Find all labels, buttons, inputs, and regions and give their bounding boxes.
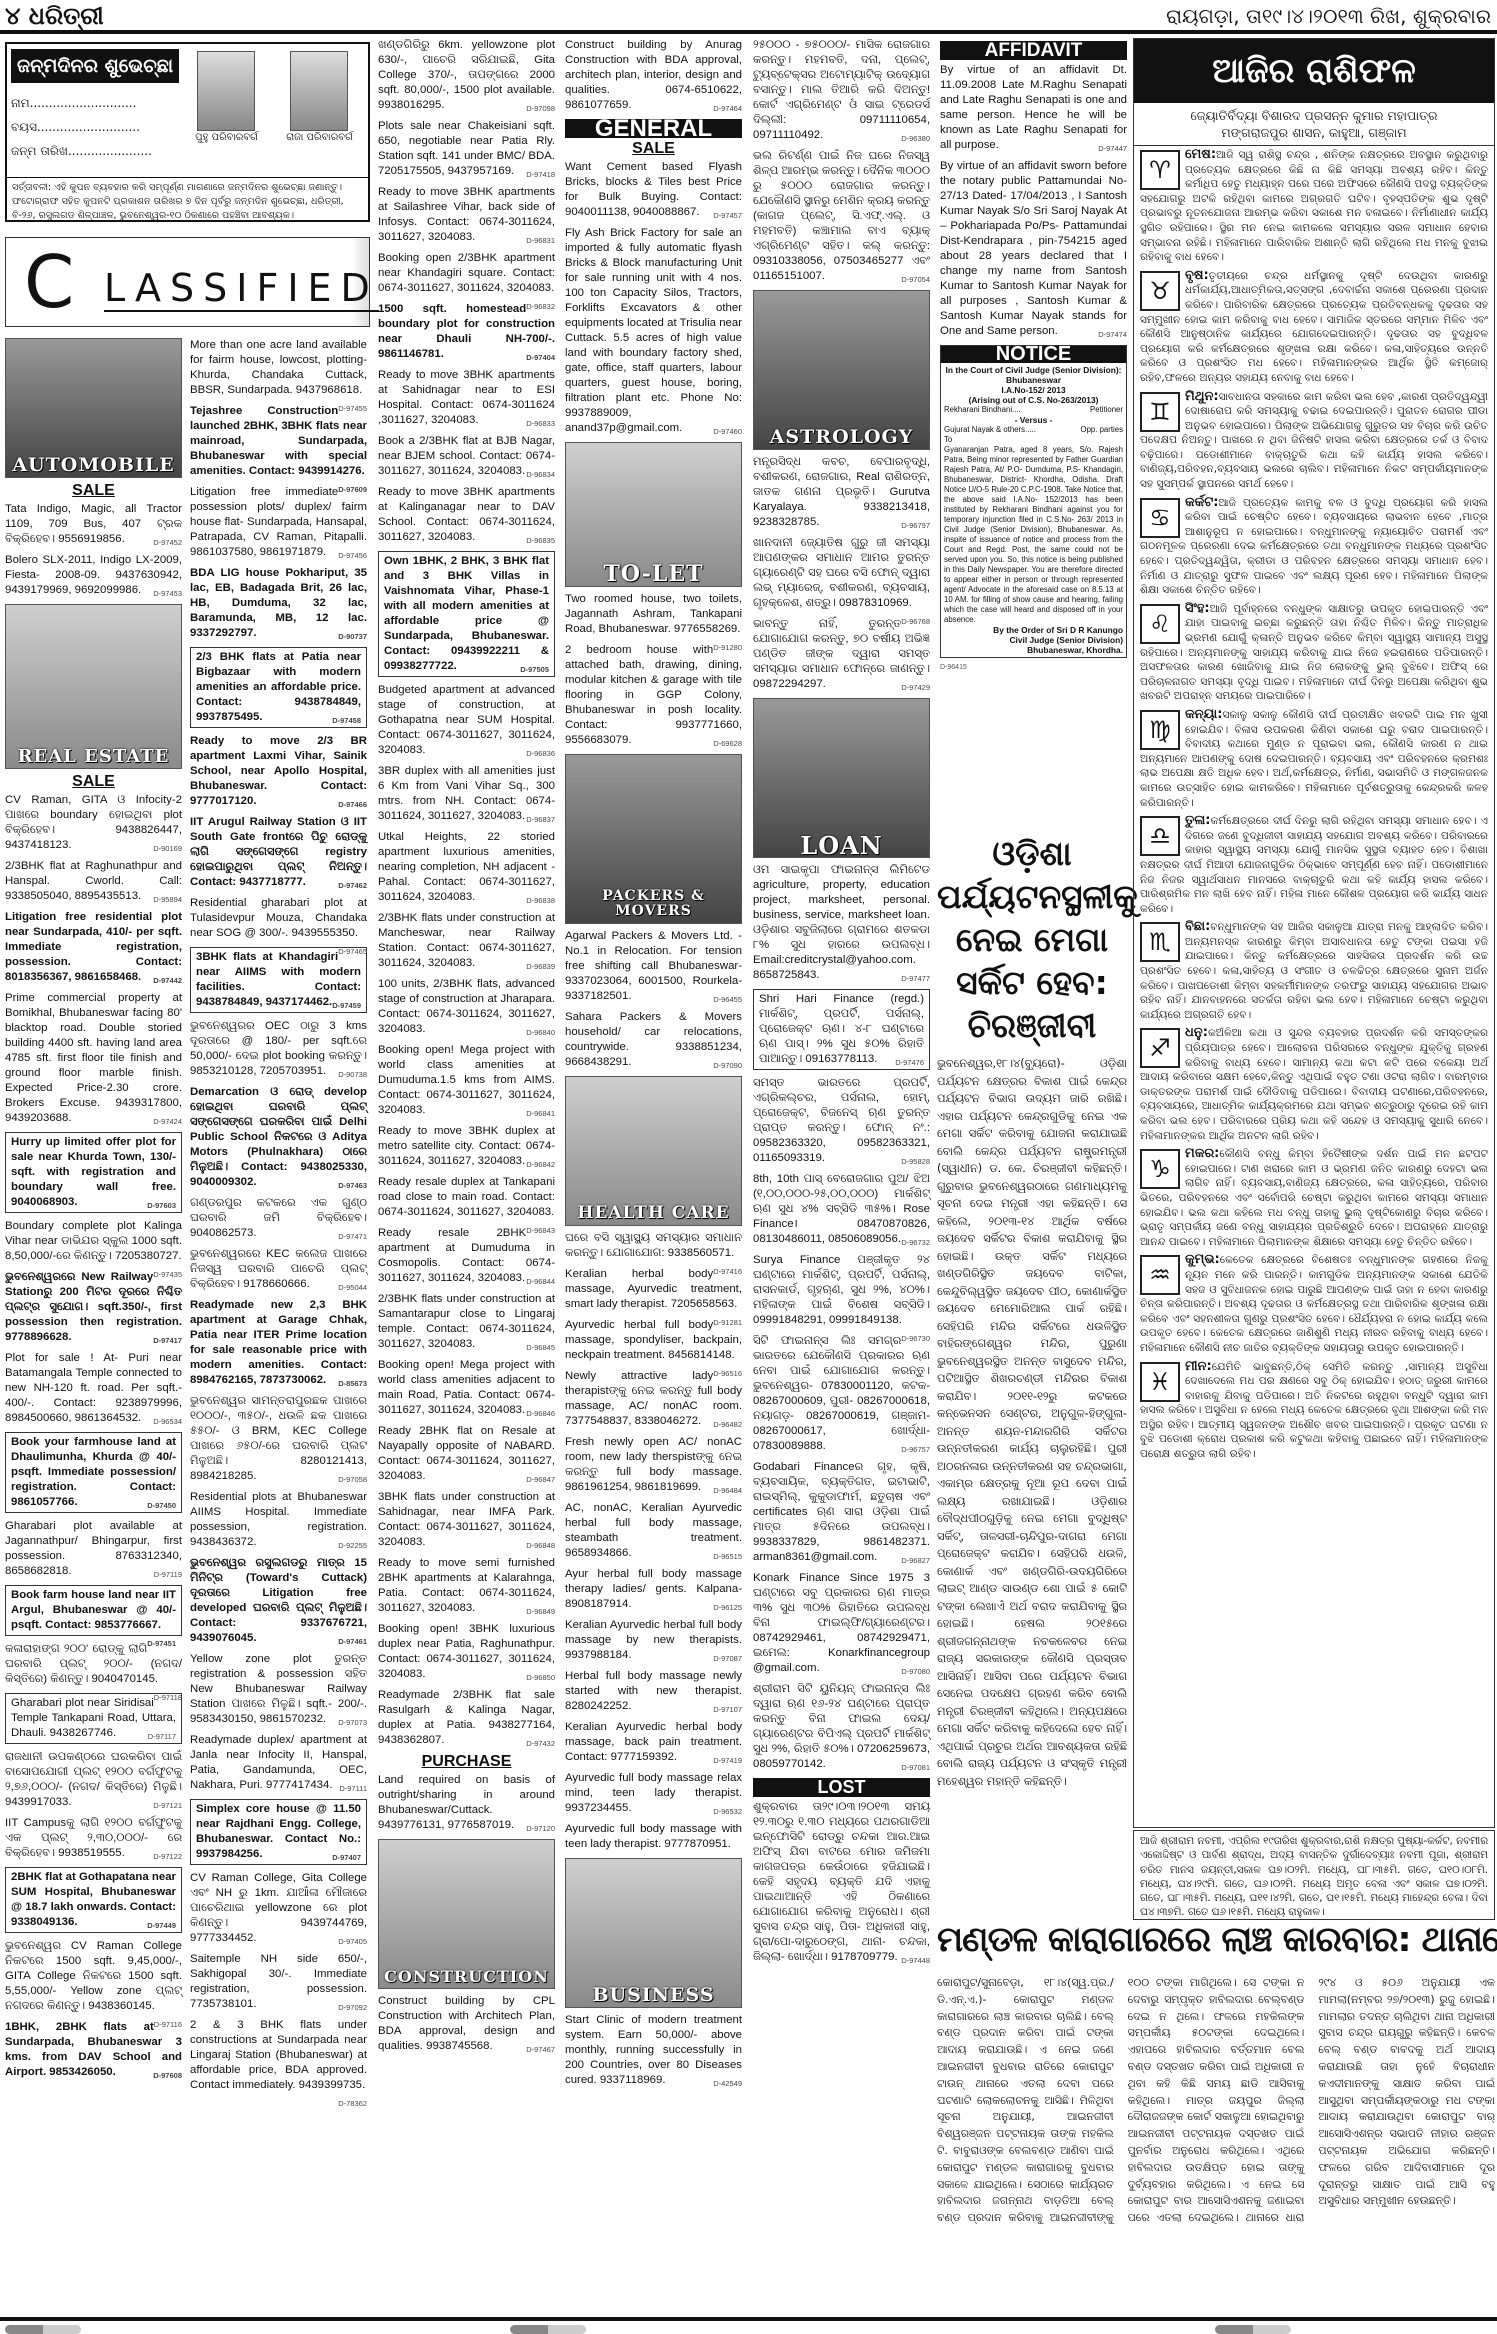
ad-text: Boundary complete plot Kalinga Vihar nea…: [5, 1220, 182, 1262]
classified-ad: IIT Arugul Railway Station ଓ IIT South G…: [190, 815, 367, 890]
classified-ad: Two roomed house, two toilets, Jagannath…: [565, 592, 742, 637]
classified-ad: More than one acre land available for fa…: [190, 338, 367, 398]
ad-code: D-97432: [526, 1736, 555, 1751]
ad-code: D-42549: [713, 2076, 742, 2091]
classified-ad: ଖାନଦାନୀ ଜ୍ୟୋତିଷ ଗୁରୁ ଜୀ ସମସ୍ୟା ଆପଣଙ୍କର ସ…: [753, 536, 930, 611]
classified-ad: 2/3BHK flat at Raghunathpur and Hanspal.…: [5, 859, 182, 904]
classified-ad: Utkal Heights, 22 storied apartment luxu…: [378, 830, 555, 905]
classified-ad: Readymade 2/3BHK flat sale Rasulgarh & K…: [378, 1688, 555, 1748]
zodiac-name: କର୍କଟ:: [1185, 495, 1218, 510]
classified-ad: Booking open! Mega project with world cl…: [378, 1043, 555, 1118]
classified-ad: 2 & 3 BHK flats under constructions at S…: [190, 2018, 367, 2093]
zodiac-sign-entry: ♏ବିଛା:ବନ୍ଧୁମାନଙ୍କ ସହ ଆଜିର ସକାଳୁଆ ଯାତ୍ରା …: [1134, 918, 1494, 1024]
ad-text: ଭଲ ରିଟର୍ଣ୍ଣ ପାଇଁ ନିଜ ଘରେ ନିଜସ୍ୱ ଶିଳ୍ପ ଆର…: [753, 150, 930, 282]
ad-code: D-95828: [901, 1154, 930, 1169]
child-photo-1: [197, 51, 255, 131]
classified-ad: Booking open! Mega project with world cl…: [378, 1358, 555, 1418]
ad-text: Readymade new 2,3 BHK apartment at Garag…: [190, 1299, 367, 1386]
ad-code: D-96840: [526, 1025, 555, 1040]
classified-ad: Surya Finance ପଞ୍ଜୀକୃତ ୨୪ ଘଣ୍ଟାରେ ମାର୍କଶ…: [753, 1253, 930, 1328]
ad-code: D-96534: [153, 1414, 182, 1429]
zodiac-name: ମୀନ:: [1185, 1359, 1212, 1374]
ad-code: D-97449: [147, 1918, 176, 1933]
zodiac-text: କେତେକ କ୍ଷେତ୍ରରେ ବିଶେଷତଃ ବନ୍ଧୁମାନଙ୍କ ଗହଣର…: [1140, 1254, 1488, 1354]
ad-code: D-96841: [526, 1106, 555, 1121]
ad-code: D-97455: [338, 401, 367, 416]
notice-ia: I.A.No-152/ 2013: [944, 385, 1123, 395]
section-sale: SALE: [565, 141, 742, 156]
ad-code: D-90169: [153, 841, 182, 856]
child-photo-2: [290, 51, 348, 131]
ad-code: D-91280: [713, 640, 742, 655]
ad-code: D-97442: [153, 973, 182, 988]
zodiac-icon: ♋: [1140, 498, 1180, 538]
ad-code: D-96839: [526, 959, 555, 974]
classified-ad: IIT Campusକୁ ଲାଗି ୧୨୦୦ ବର୍ଗଫୁଟକୁ ଏକ ପ୍ଲଟ…: [5, 1816, 182, 1861]
classified-ad: Gharabari plot available at Jagannathpur…: [5, 1519, 182, 1579]
zodiac-name: ମକର:: [1185, 1146, 1219, 1161]
classified-ad: Land required on basis of outright/shari…: [378, 1773, 555, 1833]
ad-code: D-97603: [147, 1198, 176, 1213]
ad-code: D-96515: [713, 1549, 742, 1564]
ad-code: D-97122: [153, 1849, 182, 1864]
ad-code: D-97447: [1098, 141, 1127, 156]
ad-code: D-96757: [901, 1442, 930, 1457]
panjika-box: ଆଜି ଶ୍ରୀରାମ ନବମୀ, ଏପ୍ରିଲ ୧୯ତାରିଖ ଶୁକ୍ରବା…: [1133, 1830, 1495, 1920]
classified-ad: Ayurvedic full body massage with teen la…: [565, 1822, 742, 1852]
zodiac-text: କୌଣସି ବନ୍ଧୁ କିମ୍ବା ହିତୈଷୀଙ୍କ ଦର୍ଶନ ପାଇଁ …: [1140, 1148, 1488, 1248]
ad-code: D-96837: [526, 812, 555, 827]
ad-code: D-96843: [526, 1223, 555, 1238]
page-marker-left: [5, 2325, 81, 2334]
ad-code: D-96836: [526, 746, 555, 761]
zodiac-name: ତୁଳା:: [1185, 813, 1211, 828]
zodiac-sign-entry: ♊ମିଥୁନ:ସାବଧାନତା ସହକାରେ କାମ କରିବା ଭଲ ହେବ …: [1134, 388, 1494, 494]
classified-ad: 8th, 10th ପାସ୍ ବେରୋଜଗାର ପୁଅ/ ଝିଅ (୧,୦୦,୦…: [753, 1172, 930, 1247]
classified-ad: Ready to move semi furnished 2BHK apartm…: [378, 1556, 555, 1616]
classified-ad: Residential plots at Bhubaneswar AIIMS H…: [190, 1490, 367, 1550]
classified-ad: Konark Finance Since 1975 3 ଘଣ୍ଟାରେ ସବୁ …: [753, 1571, 930, 1676]
notice-order-3: Bhubaneswar, Khordha.: [944, 645, 1123, 655]
classified-ad: Booking open 2/3BHK apartment near Khand…: [378, 251, 555, 296]
ad-code: D-69628: [713, 736, 742, 751]
zodiac-name: ବୃଷ:: [1185, 268, 1209, 283]
birthday-coupon: ଜନ୍ମଦିନର ଶୁଭେଚ୍ଛା ନାମ...................…: [5, 42, 370, 222]
zodiac-text: ଆଜି ପୂର୍ବାହ୍ନରେ ବନ୍ଧୁଙ୍କ ସାକ୍ଷାତରୁ ଉପକୃତ…: [1140, 603, 1488, 703]
zodiac-text: ବନ୍ଧୁମାନଙ୍କ ସହ ଆଜିର ସକାଳୁଆ ଯାତ୍ରା ମନକୁ ଆ…: [1140, 921, 1488, 1021]
notice-arising: (Arising out of C.S. No-263/2013): [944, 395, 1123, 405]
coupon-terms: ସର୍ତ୍ତାବଳୀ: ଏହି କୁପନ ବ୍ୟବହାର କରି ସମ୍ପୂର୍…: [7, 177, 368, 226]
ad-code: D-96849: [526, 1604, 555, 1619]
ad-code: D-97505: [520, 662, 549, 677]
ad-code: D-97416: [713, 1264, 742, 1279]
ad-code: D-97092: [338, 2000, 367, 2015]
column-1: AUTOMOBILE SALE Tata Indigo, Magic, all …: [5, 338, 182, 2086]
zodiac-sign-entry: ♎ତୁଳା:କର୍ମକ୍ଷେତ୍ରରେ ଦୀର୍ଘ ଦିନରୁ ଲାଗି ରହି…: [1134, 812, 1494, 918]
ad-code: D-97087: [713, 1651, 742, 1666]
ad-code: D-96831: [526, 233, 555, 248]
ad-code: D-97448: [901, 1953, 930, 1968]
classified-ad: ଶ୍ରୀରାମ ସିଟି ୟୁନିୟନ୍ ଫାଇନାନ୍ସ ଲିଃ ଦ୍ୱାରା…: [753, 1682, 930, 1772]
ad-code: D-97073: [338, 1715, 367, 1730]
ad-code: D-97465: [338, 944, 367, 959]
automobile-image: AUTOMOBILE: [5, 338, 182, 478]
zodiac-text: କର୍ମକ୍ଷେତ୍ରରେ ଦୀର୍ଘ ଦିନରୁ ଲାଗି ରହିଥିବା ସ…: [1140, 815, 1488, 915]
ad-code: D-96832: [526, 299, 555, 314]
ad-code: D-97080: [901, 1664, 930, 1679]
classified-ad: ଶୁକ୍ରବାର ତା୨୯।୦୩।୨୦୧୩ ସମୟ ୧୨.୩୦ରୁ ୧.୩୦ ମ…: [753, 1800, 930, 1965]
ad-text: Fly Ash Brick Factory for sale an import…: [565, 227, 742, 434]
zodiac-name: ମିଥୁନ:: [1185, 389, 1219, 404]
ad-code: D-96847: [526, 1472, 555, 1487]
photo-caption-2: ରାଜା ପରିବାରବର୍ଗ: [282, 132, 357, 144]
classified-ad: Construct building by CPL Construction w…: [378, 1994, 555, 2054]
ad-code: D-97466: [338, 797, 367, 812]
photo-caption-1: ପୁହୁ ପରିବାରବର୍ଗ: [189, 132, 264, 144]
ad-code: D-96732: [901, 1235, 930, 1250]
ad-text: Prime commercial property at Bomikhal, B…: [5, 992, 182, 1124]
ad-code: D-92255: [338, 1538, 367, 1553]
column-4: Construct building by Anurag Constructio…: [565, 38, 742, 2094]
ad-code: D-96834: [526, 467, 555, 482]
ad-code: D-97098: [526, 101, 555, 116]
section-sale: SALE: [5, 483, 182, 498]
classified-ad: ଭୁବନେଶ୍ୱର ସାମନ୍ତରାପୁରଛକ ପାଖରେ ୧୦୦୦/-, ୩୫…: [190, 1394, 367, 1484]
classified-ad: ସମସ୍ତ ଭାରତରେ ପ୍ରପର୍ଟି, ଏଗ୍ରିକଲ୍ଚର, ପର୍ସନ…: [753, 1076, 930, 1166]
news-tourism: ଓଡ଼ିଶା ପର୍ଯ୍ୟଟନସ୍ଥଳୀକୁ ନେଇ ମେଗା ସର୍କିଟ ହ…: [937, 832, 1127, 1790]
classified-ad: ରାଜଧାନୀ ଉପକଣ୍ଠରେ ଘରକରିବା ପାଇଁ ବାସୋପଯୋଗୀ …: [5, 1750, 182, 1810]
ad-code: D-96835: [526, 533, 555, 548]
ad-code: D-96797: [901, 518, 930, 533]
notice-to: To: [944, 435, 1123, 445]
classified-ad: Readymade new 2,3 BHK apartment at Garag…: [190, 1298, 367, 1388]
classified-ad: ମନ୍ତ୍ରସିଦ୍ଧ କବଚ, ବେପାରବୃଦ୍ଧି, ବଶୀକରଣ, ରୋ…: [753, 455, 930, 530]
classified-ad: Ready to move 3BHK apartments at Sailash…: [378, 185, 555, 245]
ad-code: D-97457: [713, 208, 742, 223]
ad-code: D-96850: [526, 1670, 555, 1685]
classified-ad: Book farm house land near IIT Argul, Bhu…: [5, 1585, 182, 1636]
ad-code: D-97477: [901, 971, 930, 986]
ad-code: D-97467: [526, 2042, 555, 2057]
ad-code: D-97450: [147, 1498, 176, 1513]
classified-ad: ଖଣ୍ଡଗିରିରୁ 6km. yellowzone plot 630/-, ପ…: [378, 38, 555, 113]
zodiac-sign-entry: ♓ମୀନ:ଯେମିତି ଭାବୁଛନ୍ତି,ଠିକ୍ ସେମିତି କରନ୍ତୁ…: [1134, 1358, 1494, 1464]
packers-movers-image: PACKERS & MOVERS: [565, 754, 742, 924]
ad-code: D-96844: [526, 1274, 555, 1289]
ad-code: D-97453: [153, 586, 182, 601]
ad-code: D-96455: [713, 992, 742, 1007]
zodiac-icon: ♍: [1140, 710, 1180, 750]
ad-code: D-97417: [153, 1333, 182, 1348]
ad-code: D-96848: [526, 1538, 555, 1553]
ad-code: D-97456: [338, 548, 367, 563]
classified-ad: By virtue of an affidavit sworn before t…: [940, 159, 1127, 339]
ad-text: 2 & 3 BHK flats under constructions at S…: [190, 2019, 367, 2091]
zodiac-sign-entry: ♋କର୍କଟ:ଆଜି ପ୍ରତ୍ୟେକ କାମକୁ ବଳ ଓ ବୁଦ୍ଧି ପ୍…: [1134, 494, 1494, 600]
notice-order-2: Civil Judge (Senior Division): [944, 635, 1123, 645]
tourism-headline: ଓଡ଼ିଶା ପର୍ଯ୍ୟଟନସ୍ଥଳୀକୁ ନେଇ ମେଗା ସର୍କିଟ ହ…: [937, 832, 1127, 1047]
classified-ad: Ready to move 3BHK apartments at Sahidna…: [378, 368, 555, 428]
name-field[interactable]: ନାମ............................: [11, 96, 136, 111]
health-care-image: HEALTH CARE: [565, 1076, 742, 1226]
zodiac-icon: ♒: [1140, 1255, 1180, 1295]
petitioner-name: Rekharani Bindhani....: [944, 405, 1021, 415]
ad-text: By virtue of an affidavit Dt. 11.09.2008…: [940, 64, 1127, 151]
classified-ad: Keralian Ayurvedic herbal full body mass…: [565, 1618, 742, 1663]
tourism-body: ଭୁବନେଶ୍ୱର,୧୮।୪(ବ୍ୟୁରୋ)- ଓଡ଼ିଶା ପର୍ଯ୍ୟଟନ …: [937, 1055, 1127, 1790]
ad-code: D-96845: [526, 1340, 555, 1355]
classified-ad: Own 1BHK, 2 BHK, 3 BHK flat and 3 BHK Vi…: [378, 551, 555, 677]
ad-code: D-97476: [895, 1055, 924, 1070]
classified-ad: Ready to move 3BHK apartments at Kalinga…: [378, 485, 555, 545]
column-5: ୨୫୦୦୦ - ୭୫୦୦୦/- ମାସିକ ରୋଜଗାର କରନ୍ତୁ। ମହମ…: [753, 38, 930, 1971]
construction-image: CONSTRUCTION: [378, 1839, 555, 1989]
ad-text: Konark Finance Since 1975 3 ଘଣ୍ଟାରେ ସବୁ …: [753, 1572, 930, 1674]
classified-ad: Ayur herbal full body massage therapy la…: [565, 1567, 742, 1612]
ad-code: D-97608: [153, 2068, 182, 2083]
ad-code: D-97117: [148, 1729, 176, 1744]
classified-ad: 2 bedroom house with attached bath, draw…: [565, 643, 742, 748]
classified-ad: ଭୁବନେଶ୍ୱର ରସୁଲଗଡରୁ ମାତ୍ର 15 ମିନିଟ୍‌ର (To…: [190, 1556, 367, 1646]
zodiac-text: ତୃତୀୟରେ ଚନ୍ଦ୍ର ଧର୍ମସ୍ଥାନକୁ ଦୃଷ୍ଟି ଦେଉଥିବ…: [1140, 270, 1488, 384]
astrology-image: ASTROLOGY: [753, 290, 930, 450]
ad-text: ଓମ ସାଇକୃପା ଫାଇନାନ୍ସ ଲିମିଟେଡ agriculture,…: [753, 864, 930, 981]
classified-ad: Book a 2/3BHK flat at BJB Nagar, near BJ…: [378, 434, 555, 479]
ad-text: Godabari Financeର ଗୃହ, କୃଷି, ବ୍ୟବସାୟିକ, …: [753, 1461, 930, 1563]
zodiac-icon: ♐: [1140, 1028, 1180, 1068]
ad-code: D-97407: [332, 1850, 361, 1865]
ad-text: 2 bedroom house with attached bath, draw…: [565, 644, 742, 746]
ad-code: D-97081: [901, 1760, 930, 1775]
ad-code: D-96768: [901, 614, 930, 629]
ad-code: D-97118: [154, 1690, 182, 1705]
classified-ad: Keralian Ayurvedic herbal body massage, …: [565, 1720, 742, 1765]
classified-word: LASSIFIED: [104, 266, 379, 312]
classified-ad: ଓମ ସାଇକୃପା ଫାଇନାନ୍ସ ଲିମିଟେଡ agriculture,…: [753, 863, 930, 983]
classified-ad: Herbal full body massage newly started w…: [565, 1669, 742, 1714]
classified-ad: CV Raman, GITA ଓ Infocity-2 ପାଖରେ bounda…: [5, 793, 182, 853]
to-let-image: TO-LET: [565, 442, 742, 587]
ad-code: D-97429: [901, 680, 930, 695]
classified-ad: ୨୫୦୦୦ - ୭୫୦୦୦/- ମାସିକ ରୋଜଗାର କରନ୍ତୁ। ମହମ…: [753, 38, 930, 143]
age-field[interactable]: ବୟସ...........................: [11, 120, 140, 135]
zodiac-sign-entry: ♌ସିଂହ:ଆଜି ପୂର୍ବାହ୍ନରେ ବନ୍ଧୁଙ୍କ ସାକ୍ଷାତରୁ…: [1134, 600, 1494, 706]
opp-party-name: Gujurat Nayak & others.....: [944, 425, 1036, 435]
classified-ad: Ready 2BHK flat on Resale at Nayapally o…: [378, 1424, 555, 1484]
dateline: ରାୟଗଡ଼ା, ତା୧୯।୪।୨୦୧୩ ରିଖ, ଶୁକ୍ରବାର: [1166, 4, 1491, 28]
classified-ad: Want Cement based Flyash Bricks, blocks …: [565, 160, 742, 220]
loan-image: LOAN: [753, 698, 930, 858]
ad-text: ୨୫୦୦୦ - ୭୫୦୦୦/- ମାସିକ ରୋଜଗାର କରନ୍ତୁ। ମହମ…: [753, 39, 930, 141]
business-image: BUSINESS: [565, 1858, 742, 2008]
ad-code: D-97462: [338, 878, 367, 893]
classified-ad: Shri Hari Finance (regd.) ମାର୍କଶିଟ୍, ପ୍ର…: [753, 989, 930, 1070]
ad-code: D-97116: [154, 2017, 182, 2032]
classified-ad: Litigation free residential plot near Su…: [5, 910, 182, 985]
classified-ad: Tata Indigo, Magic, all Tractor 1109, 70…: [5, 502, 182, 547]
zodiac-icon: ♈: [1140, 150, 1180, 190]
classified-ad: Ready to move 2/3 BR apartment Laxmi Vih…: [190, 734, 367, 809]
ad-code: D-97609: [338, 482, 367, 497]
ad-code: D-97424: [153, 1114, 182, 1129]
ad-code: D-97459: [332, 998, 361, 1013]
zodiac-sign-entry: ♈ମେଷ:ଆଜି ସ୍ୱ ରାଶିସ୍ଥ ଚନ୍ଦ୍ର , ଶନିଙ୍କ ନକ୍…: [1134, 146, 1494, 267]
ad-text: Book farm house land near IIT Argul, Bhu…: [11, 1589, 176, 1631]
ad-code: D-97121: [153, 1798, 182, 1813]
ad-code: D-85673: [338, 1376, 367, 1391]
classified-ad: Ayurvedic full body massage relax mind, …: [565, 1771, 742, 1816]
ad-code: D-96516: [713, 1366, 742, 1381]
ad-code: D-78362: [338, 2096, 367, 2111]
zodiac-icon: ♌: [1140, 604, 1180, 644]
ad-code: D-96730: [901, 1331, 930, 1346]
ad-code: D-97461: [338, 1634, 367, 1649]
ad-code: D-97419: [713, 1753, 742, 1768]
zodiac-name: ବିଛା:: [1185, 919, 1210, 934]
classified-ad: Plots sale near Chakeisiani sqft. 650, n…: [378, 119, 555, 179]
classified-ad: ସିଟି ଫାଇନାନ୍ସ ଲିଃ ସମଗ୍ର ଭାରତରେ ଯେକୌଣସି ପ…: [753, 1334, 930, 1454]
zodiac-icon: ♓: [1140, 1362, 1180, 1402]
ad-code: D-97464: [713, 101, 742, 116]
ad-code: D-97458: [332, 713, 361, 728]
section-general: GENERAL: [565, 119, 742, 138]
classified-ad: ଭୁବନେଶ୍ୱର CV Raman College ନିକଟରେ 1500 s…: [5, 1939, 182, 2014]
ad-text: ସିଟି ଫାଇନାନ୍ସ ଲିଃ ସମଗ୍ର ଭାରତରେ ଯେକୌଣସି ପ…: [753, 1335, 930, 1452]
jail-headline: ମଣ୍ଡଳ କାରାଗାରରେ ଲାଞ୍ଚ କାରବାର: ଥାନାରେ ମାମ…: [937, 1920, 1497, 1960]
classified-ad: Start Clinic of modern treatment system.…: [565, 2013, 742, 2088]
dob-field[interactable]: ଜନ୍ମ ତାରିଖ......................: [11, 144, 152, 159]
zodiac-sign-entry: ♒କୁମ୍ଭ:କେତେକ କ୍ଷେତ୍ରରେ ବିଶେଷତଃ ବନ୍ଧୁମାନଙ…: [1134, 1251, 1494, 1357]
ad-text: Surya Finance ପଞ୍ଜୀକୃତ ୨୪ ଘଣ୍ଟାରେ ମାର୍କଶ…: [753, 1254, 930, 1326]
zodiac-name: ସିଂହ:: [1185, 601, 1210, 616]
section-sale: SALE: [5, 774, 182, 789]
section-affidavit: AFFIDAVIT: [940, 41, 1127, 60]
classified-ad: Prime commercial property at Bomikhal, B…: [5, 991, 182, 1126]
section-lost: LOST: [753, 1778, 930, 1797]
ad-text: Two roomed house, two toilets, Jagannath…: [565, 593, 742, 635]
ad-code: D-90737: [338, 629, 367, 644]
ad-code: D-96842: [526, 1157, 555, 1172]
classified-ad: Bolero SLX-2011, Indigo LX-2009, Fiesta-…: [5, 553, 182, 598]
ad-code: D-97474: [1098, 327, 1127, 342]
page-marker-mid: [510, 2325, 586, 2334]
ad-text: ଭୁବନେଶ୍ୱର CV Raman College ନିକଟରେ 1500 s…: [5, 1940, 182, 2012]
ad-code: D-97120: [526, 1821, 555, 1836]
classified-ad: Construct building by Anurag Constructio…: [565, 38, 742, 113]
column-3: ଖଣ୍ଡଗିରିରୁ 6km. yellowzone plot 630/-, ପ…: [378, 38, 555, 2060]
classified-ad: Yellow zone plot ତୁରନ୍ତ registration & p…: [190, 1652, 367, 1727]
zodiac-icon: ♊: [1140, 392, 1180, 432]
zodiac-icon: ♑: [1140, 1149, 1180, 1189]
astrologer-name: ଜ୍ୟୋତିର୍ବିଦ୍ୟା ବିଶାରଦ ପ୍ରସନ୍ନ କୁମାର ମହାପ…: [1134, 107, 1494, 124]
ad-code: D-97471: [338, 1229, 367, 1244]
classified-ad: Sahara Packers & Movers household/ car r…: [565, 1010, 742, 1070]
classified-ad: Hurry up limited offer plot for sale nea…: [5, 1132, 182, 1213]
classified-ad: ଭୁବନେଶ୍ୱରର OEC ଠାରୁ 3 kms ଦୂରତାରେ @ 180/…: [190, 1019, 367, 1079]
zodiac-text: ଆଜି ପ୍ରତ୍ୟେକ କାମକୁ ବଳ ଓ ବୁଦ୍ଧି ପ୍ରୟୋଗ କର…: [1140, 497, 1488, 597]
page-marker-right: [1215, 2325, 1291, 2334]
ad-code: D-97054: [901, 272, 930, 287]
zodiac-icon: ♏: [1140, 922, 1180, 962]
classified-ad: ଗଣ୍ଡରପୁର କଟକରେ ଏକ ଗୁଣ୍ଠ ଘରବାରି ଜମି ବିକ୍ର…: [190, 1196, 367, 1241]
classified-ad: ଘରେ ବସି ସ୍ୱାସ୍ଥ୍ୟ ସମସ୍ୟାର ସମାଧାନ କରନ୍ତୁ।…: [565, 1231, 742, 1261]
masthead: ୪ ଧରିତ୍ରୀ ରାୟଗଡ଼ା, ତା୧୯।୪।୨୦୧୩ ରିଖ, ଶୁକ୍…: [0, 0, 1497, 34]
real-estate-image: REAL ESTATE: [5, 604, 182, 769]
classified-ad: Ready resale duplex at Tankapani road cl…: [378, 1175, 555, 1220]
zodiac-icon: ♎: [1140, 816, 1180, 856]
ad-text: Booking open 2/3BHK apartment near Khand…: [378, 252, 555, 294]
zodiac-sign-entry: ♉ବୃଷ:ତୃତୀୟରେ ଚନ୍ଦ୍ର ଧର୍ମସ୍ଥାନକୁ ଦୃଷ୍ଟି ଦ…: [1134, 267, 1494, 388]
zodiac-text: କଅଁଳିଆ କଥା ଓ ସୁନ୍ଦର ବ୍ୟବହାର ପ୍ରଦର୍ଶନ କରି…: [1140, 1027, 1488, 1141]
section-purchase: PURCHASE: [378, 1754, 555, 1769]
ad-text: ଶୁକ୍ରବାର ତା୨୯।୦୩।୨୦୧୩ ସମୟ ୧୨.୩୦ରୁ ୧.୩୦ ମ…: [753, 1801, 930, 1963]
ad-text: Own 1BHK, 2 BHK, 3 BHK flat and 3 BHK Vi…: [384, 555, 549, 672]
zodiac-name: ଧନୁ:: [1185, 1025, 1208, 1040]
classified-ad: 2/3BHK flats under construction at Manch…: [378, 911, 555, 971]
classified-initial: C: [24, 242, 74, 322]
horoscope-title: ଆଜିର ରାଶିଫଳ: [1134, 39, 1494, 103]
zodiac-name: ମେଷ:: [1185, 147, 1216, 162]
ad-text: ଖାନଦାନୀ ଜ୍ୟୋତିଷ ଗୁରୁ ଜୀ ସମସ୍ୟା ଆପଣଙ୍କର ସ…: [753, 537, 930, 609]
ad-code: D-97463: [338, 1178, 367, 1193]
ad-code: D-97435: [153, 1267, 182, 1282]
ad-text: Residential gharabari plot at Tulasidevp…: [190, 897, 367, 939]
ad-text: Ready resale duplex at Tankapani road cl…: [378, 1176, 555, 1218]
opp-party-label: Opp. parties: [1081, 425, 1123, 435]
zodiac-sign-entry: ♐ଧନୁ:କଅଁଳିଆ କଥା ଓ ସୁନ୍ଦର ବ୍ୟବହାର ପ୍ରଦର୍ଶ…: [1134, 1024, 1494, 1145]
classified-ad: 2/3BHK flats under construction at Saman…: [378, 1292, 555, 1352]
horoscope-box: ଆଜିର ରାଶିଫଳ ଜ୍ୟୋତିର୍ବିଦ୍ୟା ବିଶାରଦ ପ୍ରସନ୍…: [1133, 38, 1495, 1828]
classified-ad: Agarwal Packers & Movers Ltd. - No.1 in …: [565, 929, 742, 1004]
ad-code: D-97090: [713, 1058, 742, 1073]
classified-ad: ଭୁବନେଶ୍ୱରରେ KEC କଲେଜ ପାଖରେ ନିଜସ୍ୱ ଘରବାରି…: [190, 1247, 367, 1292]
ad-text: Demarcation ଓ ରୋଡ୍ develop ହୋଇଥିବା ଘରବାର…: [190, 1086, 367, 1188]
ad-code: D-97111: [339, 1781, 367, 1796]
zodiac-sign-entry: ♑ମକର:କୌଣସି ବନ୍ଧୁ କିମ୍ବା ହିତୈଷୀଙ୍କ ଦର୍ଶନ …: [1134, 1145, 1494, 1251]
zodiac-text: ଯେମିତି ଭାବୁଛନ୍ତି,ଠିକ୍ ସେମିତି କରନ୍ତୁ ,ସାମ…: [1140, 1361, 1488, 1461]
footer-rule: [0, 2317, 1497, 2321]
classified-ad: Readymade duplex/ apartment at Janla nea…: [190, 1733, 367, 1793]
notice-versus: - Versus -: [944, 415, 1123, 425]
classified-banner: C LASSIFIED: [5, 237, 370, 327]
ad-code: D-96125: [713, 1600, 742, 1615]
ad-code: D-91281: [713, 1315, 742, 1330]
jail-body: କୋରାପୁଟ/ସୁନାବେଡ଼ା, ୧୮।୪(ସ୍ୱ.ପ୍ର./ଡି.ଏନ୍.…: [937, 1975, 1495, 2227]
ad-code: D-96484: [713, 1483, 742, 1498]
zodiac-name: କୁମ୍ଭ:: [1185, 1252, 1220, 1267]
classified-ad: Plot for sale ! At- Puri near Batamangal…: [5, 1351, 182, 1426]
ad-text: ଭୁବନେଶ୍ୱର ସାମନ୍ତରାପୁରଛକ ପାଖରେ ୧୦୦୦/-, ୩୫…: [190, 1395, 367, 1482]
page-label: ୪ ଧରିତ୍ରୀ: [5, 2, 104, 30]
classified-ad: 2BHK flat at Gothapatana near SUM Hospit…: [5, 1867, 182, 1933]
ad-code: D-97119: [154, 1567, 182, 1582]
classified-ad: BDA LIG house Pokhariput, 35 lac, EB, Ba…: [190, 566, 367, 641]
classified-ad: 2/3 BHK flats at Patia near Bigbazaar wi…: [190, 647, 367, 728]
classified-ad: 3BR duplex with all amenities just 6 Km …: [378, 764, 555, 824]
ad-text: By virtue of an affidavit sworn before t…: [940, 160, 1127, 337]
ad-text: More than one acre land available for fa…: [190, 339, 367, 396]
ad-code: D-96833: [526, 416, 555, 431]
zodiac-text: ସାବଧାନତା ସହକାରେ କାମ କରିବା ଭଲ ହେବ ,କାରଣ ପ…: [1140, 391, 1488, 491]
ad-code: D-96838: [526, 893, 555, 908]
classified-ad: Residential gharabari plot at Tulasidevp…: [190, 896, 367, 941]
ad-code: D-90738: [338, 1067, 367, 1082]
zodiac-text: ଆଜି ସ୍ୱ ରାଶିସ୍ଥ ଚନ୍ଦ୍ର , ଶନିଙ୍କ ନକ୍ଷତ୍ରର…: [1140, 149, 1488, 263]
classified-ad: Budgeted apartment at advanced stage of …: [378, 683, 555, 758]
ad-code: D-95894: [153, 892, 182, 907]
classified-ad: CV Raman College, Gita College ଏବଂ NH ରୁ…: [190, 1871, 367, 1946]
classified-ad: Saitemple NH side 650/-, Sakhigopal 30/-…: [190, 1952, 367, 2012]
